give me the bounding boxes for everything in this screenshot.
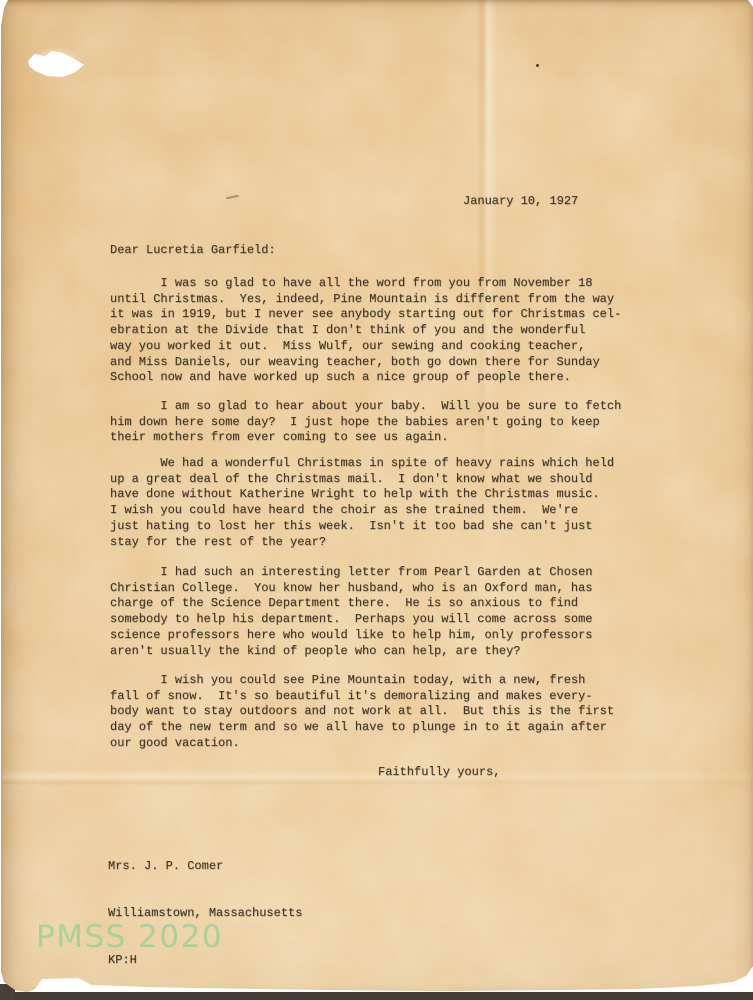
letter-paper: January 10, 1927 Dear Lucretia Garfield:… [0,0,753,1000]
letter-paragraph-3: We had a wonderful Christmas in spite of… [110,456,658,550]
letter-closing: Faithfully yours, [378,765,500,781]
typist-initials: KP:H [108,953,302,969]
scanner-background-strip [0,992,753,1000]
letter-salutation: Dear Lucretia Garfield: [110,243,276,259]
signature-name: Mrs. J. P. Comer [108,859,302,875]
pencil-mark [226,195,239,200]
letter-paragraph-5: I wish you could see Pine Mountain today… [110,673,658,752]
letter-date: January 10, 1927 [463,194,578,210]
scanned-letter-page: January 10, 1927 Dear Lucretia Garfield:… [0,0,753,1000]
letter-paragraph-4: I had such an interesting letter from Pe… [110,565,658,659]
letter-paragraph-2: I am so glad to hear about your baby. Wi… [110,399,658,446]
fold-crease-horizontal [0,770,753,786]
ink-speck [536,64,539,67]
letter-paragraph-1: I was so glad to have all the word from … [110,276,658,386]
paper-tear [28,48,84,77]
pmss-watermark: PMSS 2020 [36,919,223,955]
signature-block: Mrs. J. P. Comer Williamstown, Massachus… [108,828,302,1000]
